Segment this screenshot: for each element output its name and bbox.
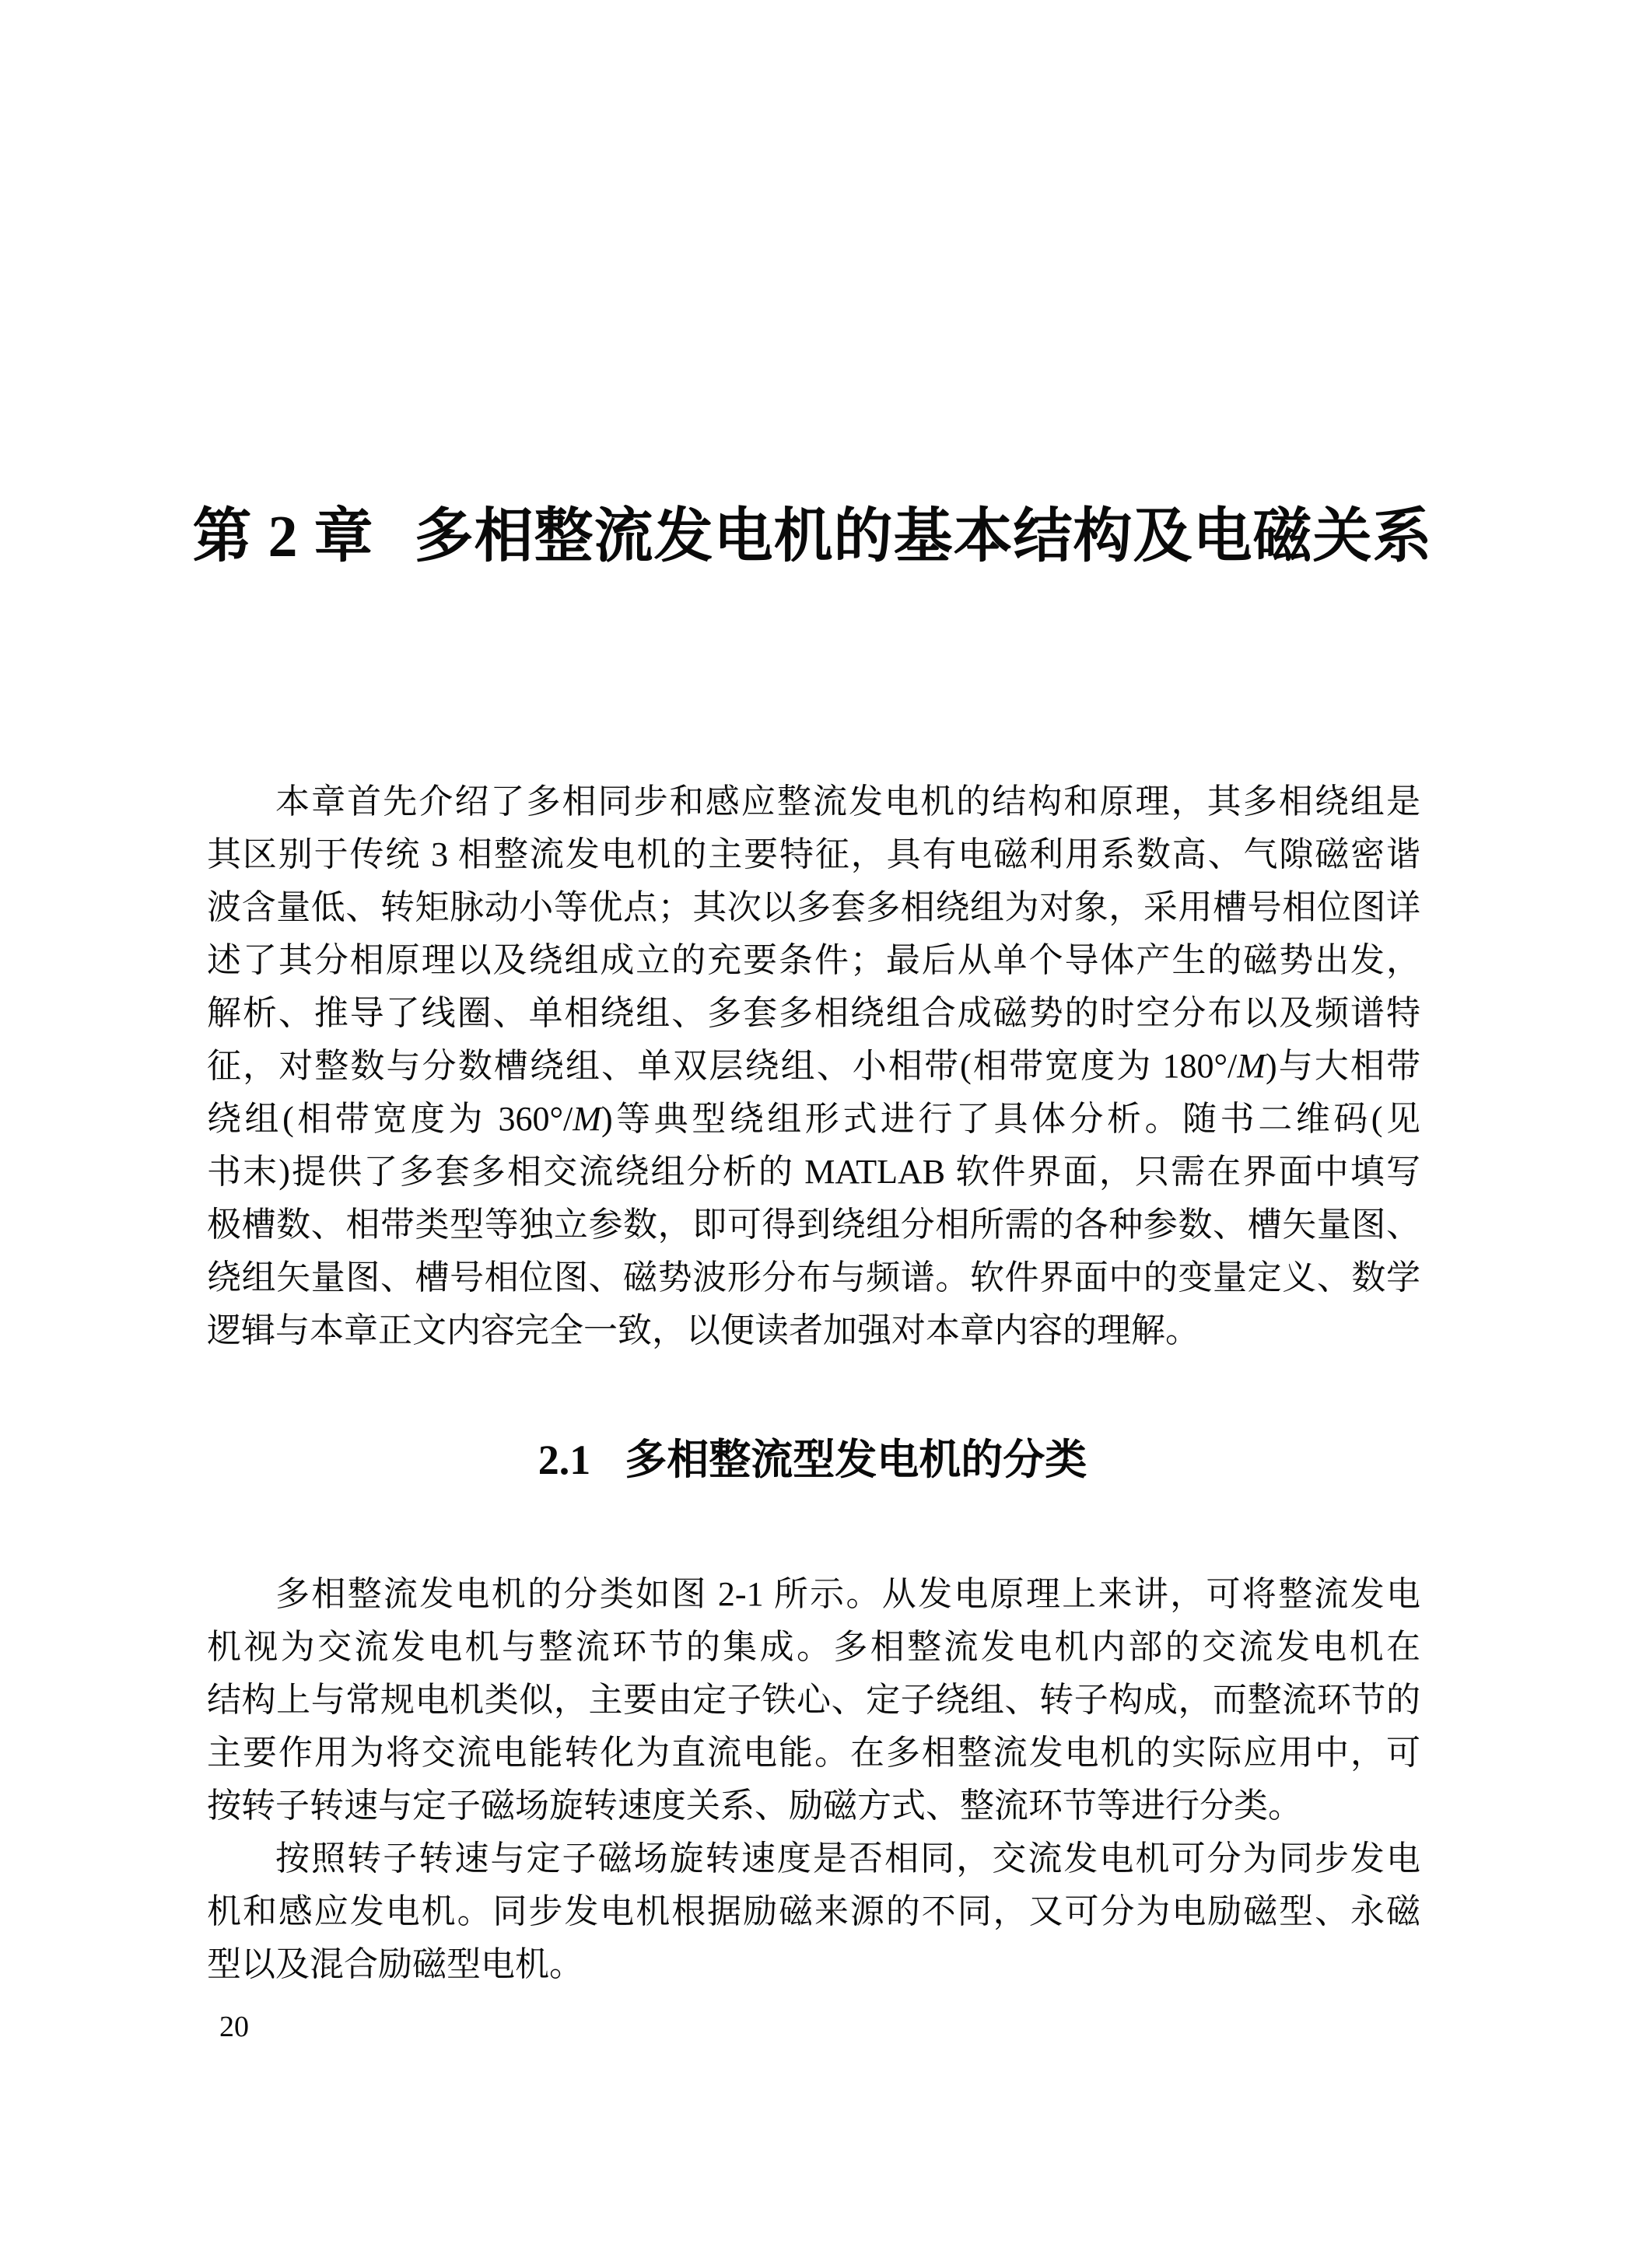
text-line: 书末)提供了多套多相交流绕组分析的 MATLAB 软件界面，只需在界面中填写 [207, 1146, 1420, 1199]
text-line: 解析、推导了线圈、单相绕组、多套多相绕组合成磁势的时空分布以及频谱特 [207, 987, 1420, 1040]
text-line: 波含量低、转矩脉动小等优点；其次以多套多相绕组为对象，采用槽号相位图详 [207, 881, 1420, 934]
section-title: 多相整流型发电机的分类 [625, 1437, 1087, 1483]
text-line: 机视为交流发电机与整流环节的集成。多相整流发电机内部的交流发电机在 [207, 1621, 1420, 1674]
text-line: 述了其分相原理以及绕组成立的充要条件；最后从单个导体产生的磁势出发， [207, 934, 1420, 987]
chapter-heading: 第 2 章多相整流发电机的基本结构及电磁关系 [0, 488, 1625, 573]
page-number: 20 [219, 2010, 249, 2044]
paragraph: 按照转子转速与定子磁场旋转速度是否相同，交流发电机可分为同步发电机和感应发电机。… [207, 1832, 1420, 1991]
text-line: 本章首先介绍了多相同步和感应整流发电机的结构和原理，其多相绕组是 [207, 775, 1420, 828]
text-line: 按转子转速与定子磁场旋转速度关系、励磁方式、整流环节等进行分类。 [207, 1780, 1420, 1832]
text-line: 征，对整数与分数槽绕组、单双层绕组、小相带(相带宽度为 180°/M)与大相带 [207, 1040, 1420, 1093]
text-line: 主要作用为将交流电能转化为直流电能。在多相整流发电机的实际应用中，可 [207, 1727, 1420, 1780]
text-line: 绕组矢量图、槽号相位图、磁势波形分布与频谱。软件界面中的变量定义、数学 [207, 1251, 1420, 1304]
section-heading: 2.1多相整流型发电机的分类 [0, 1426, 1625, 1486]
classification-paragraphs: 多相整流发电机的分类如图 2-1 所示。从发电原理上来讲，可将整流发电机视为交流… [207, 1568, 1420, 1991]
text-line: 逻辑与本章正文内容完全一致，以便读者加强对本章内容的理解。 [207, 1304, 1420, 1357]
text-line: 按照转子转速与定子磁场旋转速度是否相同，交流发电机可分为同步发电 [207, 1832, 1420, 1885]
chapter-number: 第 2 章 [193, 504, 374, 569]
intro-paragraph: 本章首先介绍了多相同步和感应整流发电机的结构和原理，其多相绕组是其区别于传统 3… [207, 775, 1420, 1357]
text-line: 其区别于传统 3 相整流发电机的主要特征，具有电磁利用系数高、气隙磁密谐 [207, 828, 1420, 881]
text-line: 结构上与常规电机类似，主要由定子铁心、定子绕组、转子构成，而整流环节的 [207, 1674, 1420, 1727]
text-line: 机和感应发电机。同步发电机根据励磁来源的不同，又可分为电励磁型、永磁 [207, 1885, 1420, 1938]
text-line: 绕组(相带宽度为 360°/M)等典型绕组形式进行了具体分析。随书二维码(见 [207, 1093, 1420, 1146]
text-line: 型以及混合励磁型电机。 [207, 1938, 1420, 1991]
text-line: 多相整流发电机的分类如图 2-1 所示。从发电原理上来讲，可将整流发电 [207, 1568, 1420, 1621]
section-number: 2.1 [538, 1437, 591, 1483]
chapter-title: 多相整流发电机的基本结构及电磁关系 [415, 504, 1433, 569]
page: 第 2 章多相整流发电机的基本结构及电磁关系 本章首先介绍了多相同步和感应整流发… [0, 0, 1625, 2268]
text-line: 极槽数、相带类型等独立参数，即可得到绕组分相所需的各种参数、槽矢量图、 [207, 1199, 1420, 1251]
paragraph: 多相整流发电机的分类如图 2-1 所示。从发电原理上来讲，可将整流发电机视为交流… [207, 1568, 1420, 1832]
